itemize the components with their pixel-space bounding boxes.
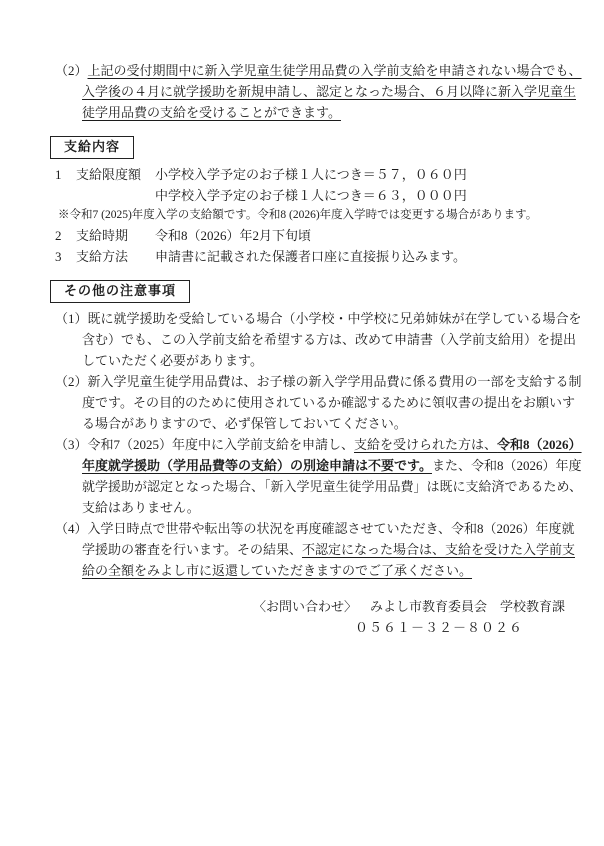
payment-item-timing: 2 支給時期 令和8（2026）年2月下旬頃	[55, 225, 586, 246]
document-page: （2）上記の受付期間中に新入学児童生徒学用品費の入学前支給を申請されない場合でも…	[0, 0, 604, 846]
note-paragraph-3: （3）令和7（2025）年度中に入学前支給を申請し、支給を受けられた方は、令和8…	[55, 434, 586, 518]
payment-item-limit: 1 支給限度額 小学校入学予定のお子様１人につき＝５７，０６０円 中学校入学予定…	[55, 164, 586, 206]
payment-item-method: 3 支給方法 申請書に記載された保護者口座に直接振り込みます。	[55, 246, 586, 267]
method-value: 申請書に記載された保護者口座に直接振り込みます。	[155, 246, 586, 267]
timing-value: 令和8（2026）年2月下旬頃	[155, 225, 586, 246]
notes-section: その他の注意事項	[50, 280, 586, 303]
note-paragraph-4: （4）入学日時点で世帯や転出等の状況を再度確認させていただき、令和8（2026）…	[55, 518, 586, 581]
section-header-payment: 支給内容	[50, 136, 134, 159]
contact-line: 〈お問い合わせ〉みよし市教育委員会 学校教育課	[253, 596, 586, 617]
payment-note: ※令和7 (2025)年度入学の支給額です。令和8 (2026)年度入学時では変…	[58, 206, 586, 224]
contact-phone: ０５６１－３２－８０２６	[355, 617, 586, 638]
item-number: 1	[55, 164, 76, 206]
item-value: 小学校入学予定のお子様１人につき＝５７，０６０円 中学校入学予定のお子様１人につ…	[155, 164, 586, 206]
limit-elementary: 小学校入学予定のお子様１人につき＝５７，０６０円	[155, 164, 586, 185]
item-label: 支給時期	[76, 225, 155, 246]
notes-list: （1）既に就学援助を受給している場合（小学校・中学校に兄弟姉妹が在学している場合…	[55, 308, 586, 581]
item-number: 3	[55, 246, 76, 267]
item-label: 支給限度額	[76, 164, 155, 206]
intro-paragraph: （2）上記の受付期間中に新入学児童生徒学用品費の入学前支給を申請されない場合でも…	[55, 60, 586, 123]
contact-block: 〈お問い合わせ〉みよし市教育委員会 学校教育課 ０５６１－３２－８０２６	[55, 596, 586, 638]
item-label: 支給方法	[76, 246, 155, 267]
section-header-notes: その他の注意事項	[50, 280, 190, 303]
payment-section: 支給内容	[50, 136, 586, 159]
contact-label: 〈お問い合わせ〉	[253, 599, 357, 614]
item-number: 2	[55, 225, 76, 246]
contact-org: みよし市教育委員会 学校教育課	[370, 599, 565, 614]
note-paragraph-1: （1）既に就学援助を受給している場合（小学校・中学校に兄弟姉妹が在学している場合…	[55, 308, 586, 371]
item-value: 令和8（2026）年2月下旬頃	[155, 225, 586, 246]
note-paragraph-2: （2）新入学児童生徒学用品費は、お子様の新入学学用品費に係る費用の一部を支給する…	[55, 371, 586, 434]
item-value: 申請書に記載された保護者口座に直接振り込みます。	[155, 246, 586, 267]
limit-junior-high: 中学校入学予定のお子様１人につき＝６３，０００円	[155, 185, 586, 206]
